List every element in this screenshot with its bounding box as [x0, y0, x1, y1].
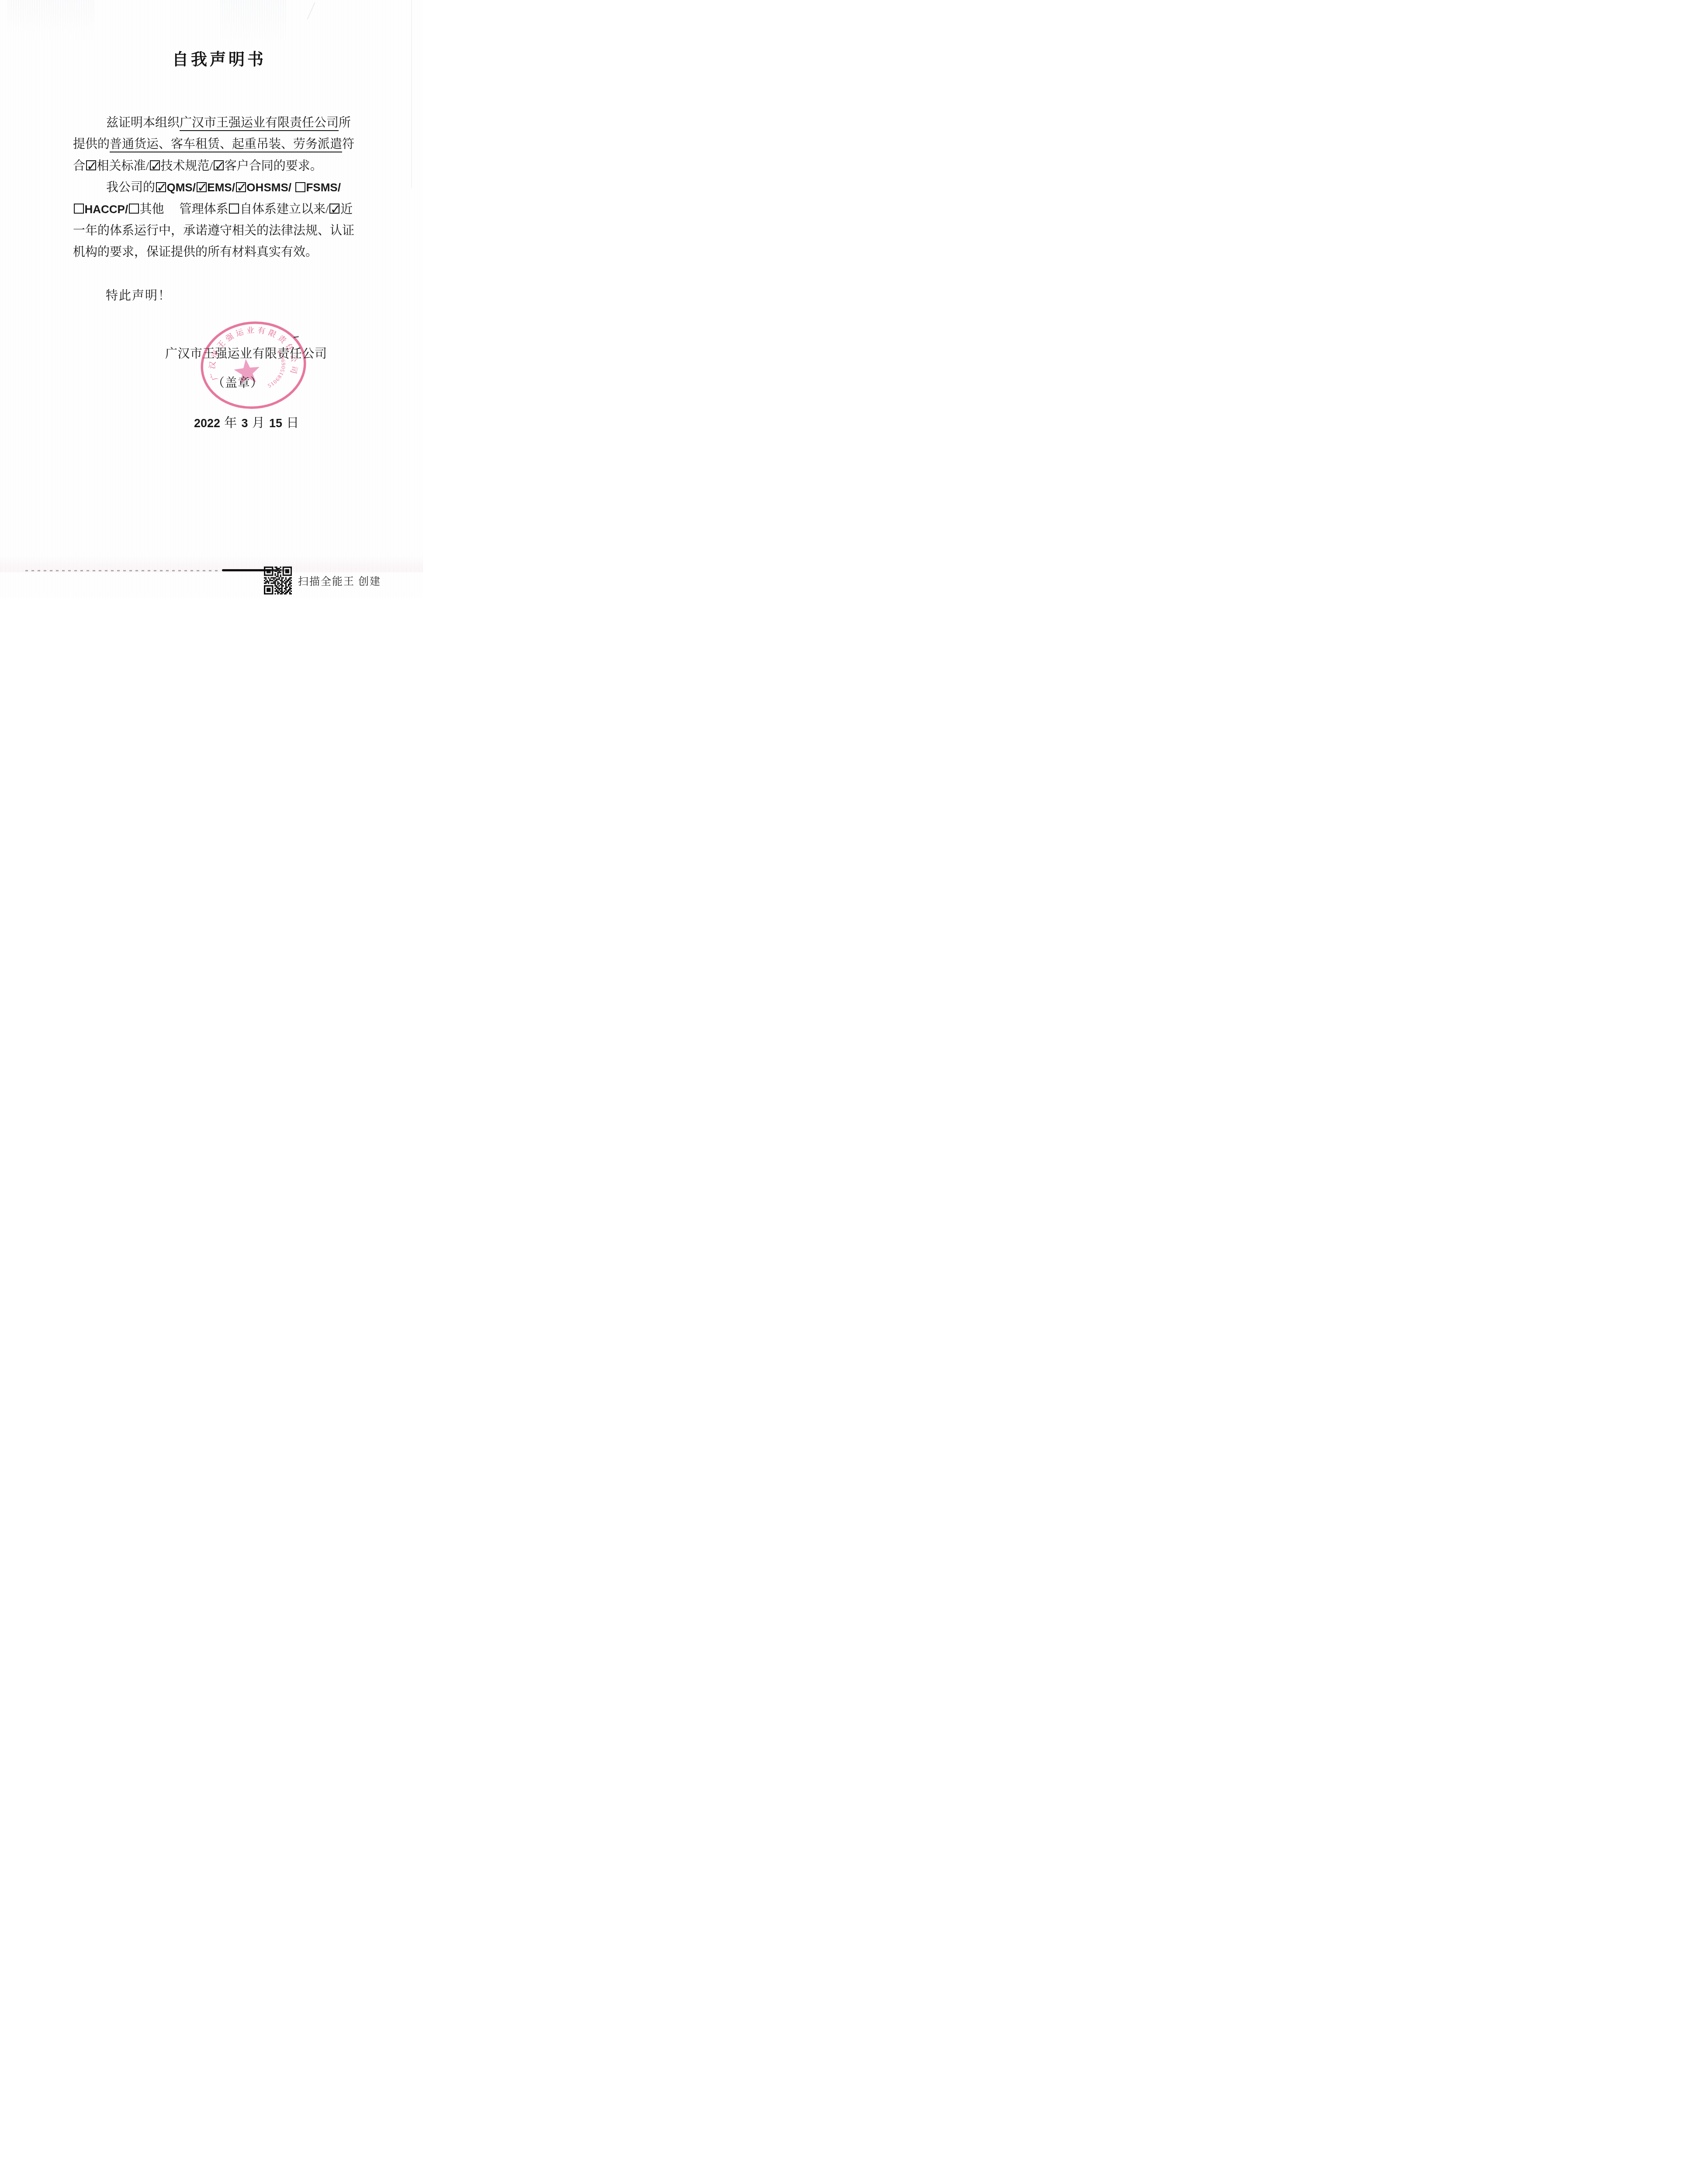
qr-code-svg: [264, 567, 292, 594]
text-segment: 3: [242, 417, 248, 430]
paper-edge-shadow: [411, 0, 412, 188]
signature-company-name: 广汉市王强运业有限责任公司: [165, 344, 327, 362]
checkbox-checked-icon: [236, 182, 246, 192]
text-segment: 日: [283, 416, 299, 430]
body-line: 提供的普通货运、客车租赁、起重吊装、劳务派遣符: [73, 134, 370, 155]
document-title: 自我声明书: [8, 46, 422, 70]
paper-crease: [307, 2, 315, 19]
body-line: 兹证明本组织广汉市王强运业有限责任公司所: [73, 112, 370, 134]
text-segment: HACCP/: [84, 203, 128, 216]
checkbox-checked-icon: [197, 182, 207, 192]
text-segment: 所: [339, 116, 351, 130]
body-line: 合相关标准/技术规范/客户合同的要求。: [73, 156, 370, 177]
text-segment: 年: [221, 416, 241, 430]
scanned-page: 自我声明书 兹证明本组织广汉市王强运业有限责任公司所提供的普通货运、客车租赁、起…: [0, 0, 422, 598]
text-segment: 机构的要求，保证提供的所有材料真实有效。: [73, 245, 318, 259]
checkbox-checked-icon: [150, 160, 160, 170]
declaration-line: 特此声明！: [106, 286, 171, 304]
ink-smudge-mark: [294, 336, 299, 338]
text-segment: 近: [340, 203, 353, 216]
text-segment: 广汉市王强运业有限责任公司: [180, 116, 339, 131]
text-segment: 提供的: [73, 138, 110, 151]
qr-code: [264, 567, 292, 594]
text-segment: QMS/: [166, 181, 196, 194]
text-segment: 月: [249, 416, 269, 430]
body-paragraph: 兹证明本组织广汉市王强运业有限责任公司所提供的普通货运、客车租赁、起重吊装、劳务…: [73, 112, 370, 263]
date-line: 2022 年 3 月 15 日: [194, 413, 300, 431]
text-segment: 普通货运、客车租赁、起重吊装、劳务派遣: [110, 138, 342, 152]
text-segment: 技术规范/: [161, 159, 213, 173]
text-segment: 其他: [140, 203, 164, 216]
text-segment: FSMS/: [306, 181, 341, 194]
checkbox-unchecked-icon: [229, 204, 239, 214]
checkbox-checked-icon: [156, 182, 166, 192]
text-segment: 合: [73, 159, 85, 173]
scan-streak-artifact: [8, 0, 95, 38]
body-line: 我公司的QMS/EMS/OHSMS/ FSMS/: [73, 177, 370, 198]
text-segment: 客户合同的要求。: [225, 159, 322, 173]
body-line: HACCP/其他 管理体系自体系建立以来/近: [73, 199, 370, 220]
scanner-caption: 扫描全能王 创建: [298, 573, 381, 588]
seal-rim: [199, 320, 308, 413]
checkbox-checked-icon: [86, 160, 96, 170]
checkbox-checked-icon: [329, 204, 339, 214]
text-segment: 符: [342, 138, 354, 151]
body-line: 一年的体系运行中，承诺遵守相关的法律法规、认证: [73, 220, 370, 242]
text-segment: EMS/: [207, 181, 235, 194]
text-segment: 管理体系: [180, 203, 229, 216]
scan-smudge-line: [25, 570, 220, 571]
company-seal-stamp: 广汉市王强运业有限责任公司 5106815069696: [199, 320, 308, 413]
text-segment: 一年的体系运行中，承诺遵守相关的法律法规、认证: [73, 224, 354, 238]
text-segment: 相关标准/: [97, 159, 149, 173]
text-segment: [291, 181, 294, 194]
seal-here-note: （盖章）: [212, 373, 263, 391]
checkbox-checked-icon: [214, 160, 224, 170]
checkbox-unchecked-icon: [74, 204, 84, 214]
checkbox-unchecked-icon: [129, 204, 139, 214]
text-segment: 兹证明本组织: [106, 116, 180, 130]
text-segment: OHSMS/: [246, 181, 291, 194]
text-segment: 我公司的: [106, 181, 155, 194]
scan-streak-artifact: [221, 0, 286, 50]
text-segment: 2022: [194, 417, 220, 430]
scanner-footer: 扫描全能王 创建: [264, 567, 421, 595]
checkbox-unchecked-icon: [295, 182, 305, 192]
body-line: 机构的要求，保证提供的所有材料真实有效。: [73, 242, 370, 263]
text-segment: 15: [269, 417, 282, 430]
text-segment: 自体系建立以来/: [240, 203, 329, 216]
text-segment: [164, 203, 180, 216]
